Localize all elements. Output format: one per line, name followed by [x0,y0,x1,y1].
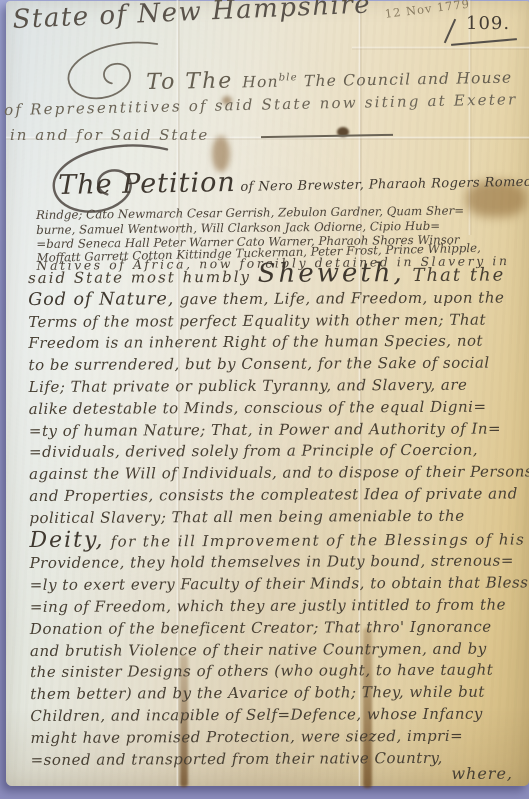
body-line-deity: Deity, for the ill Improvement of the Bl… [29,527,529,553]
body-line: political Slavery; That all men being am… [29,505,529,529]
petition-opening-words: The Petition [58,167,236,201]
sheweth-display-word: Sheweth, [258,258,405,289]
salutation-opening-words: To The [146,68,242,95]
body-line: Freedom is an inherent Right of the huma… [28,331,529,355]
body-line: =dividuals, derived solely from a Princi… [29,440,529,464]
body-line: Terms of the most perfect Equality with … [28,309,529,333]
photo-background: State of New Hampshire 12 Nov 1779 109. … [0,0,529,799]
body-line: might have promised Protection, were sie… [30,725,529,749]
god-of-nature-words: God of Nature, [28,289,174,310]
body-line: Children, and incapible of Self=Defence,… [30,703,529,727]
body-line: the sinister Designs of others (who ough… [30,660,529,684]
filing-number-annotation: 109. [466,13,510,34]
body-line: to be surrendered, but by Consent, for t… [28,353,529,377]
body-line: Providence, they hold themselves in Duty… [30,551,529,575]
body-line: =ing of Freedom, which they are justly i… [30,594,529,618]
deity-display-word: Deity, [29,527,104,552]
superscript-abbreviation: ble [279,72,298,83]
petition-body-block: said State most humbly Sheweth, That the… [28,262,529,771]
inked-dash-rule [261,134,393,138]
body-line: and Properties, consists the compleatest… [29,483,529,507]
body-line: them better) and by the Avarice of both;… [30,681,529,705]
body-line: God of Nature, gave them, Life, and Free… [28,287,529,311]
body-line-sheweth: said State most humbly Sheweth, That the [28,262,529,289]
catchword: where, [451,764,513,783]
body-line: Life; That private or publick Tyranny, a… [29,374,529,398]
salutation-line-3: in and for Said State [10,126,393,144]
body-line: against the Will of Individuals, and to … [29,461,529,485]
body-line: alike detestable to Minds, conscious of … [29,396,529,420]
body-line: Donation of the beneficent Creator; That… [30,616,529,640]
body-line: =ly to exert every Faculty of their Mind… [30,572,529,596]
body-line: and brutish Violence of their native Cou… [30,638,529,662]
body-line: =ty of human Nature; That, in Power and … [29,418,529,442]
